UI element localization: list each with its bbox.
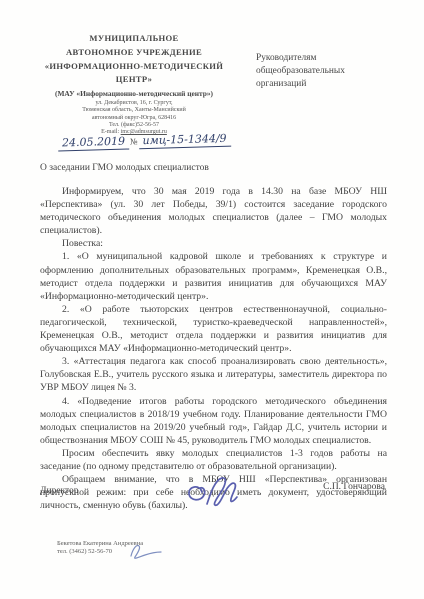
paragraph-agenda-heading: Повестка: [40, 237, 387, 250]
handwritten-initials-icon [125, 542, 165, 565]
org-address-block: ул. Декабристов, 16, г. Сургут, Тюменска… [26, 100, 242, 136]
signer-position: Директор [40, 486, 79, 496]
executor-block: Бекетова Екатерина Андреевна тел. (3462)… [57, 540, 237, 556]
agenda-item-2: 2. «О работе тьюторских центров естестве… [40, 303, 387, 355]
org-name-line: «ИНФОРМАЦИОННО-МЕТОДИЧЕСКИЙ [26, 60, 242, 74]
signer-name: С.П. Гончарова [323, 482, 385, 492]
org-name-line: АВТОНОМНОЕ УЧРЕЖДЕНИЕ [26, 46, 242, 60]
agenda-item-1: 1. «О муниципальной кадровой школе и тре… [40, 250, 387, 302]
signature-row: Директор С.П. Гончарова [40, 480, 387, 520]
recipient-block: Руководителям общеобразовательных органи… [256, 52, 386, 90]
letter-subject: О заседании ГМО молодых специалистов [40, 163, 380, 173]
recipient-line: Руководителям [256, 52, 386, 65]
org-abbreviation: (МАУ «Информационно-методический центр») [26, 89, 242, 98]
recipient-line: организаций [256, 78, 386, 91]
letter-body: Информируем, что 30 мая 2019 года в 14.3… [40, 185, 387, 512]
handwritten-outgoing-number: имц-15-1344/9 [138, 132, 230, 150]
recipient-line: общеобразовательных [256, 65, 386, 78]
org-address-line: автономный округ-Югра, 628416 [26, 115, 242, 122]
org-phone: Тел. (факс)52-56-57 [26, 122, 242, 129]
agenda-item-4: 4. «Подведение итогов работы городского … [40, 395, 387, 447]
letterhead-org-block: МУНИЦИПАЛЬНОЕ АВТОНОМНОЕ УЧРЕЖДЕНИЕ «ИНФ… [26, 32, 242, 136]
handwritten-signature-icon [180, 470, 270, 521]
number-sign: № [129, 137, 139, 146]
org-name-line: МУНИЦИПАЛЬНОЕ [26, 32, 242, 46]
scanned-letter-page: МУНИЦИПАЛЬНОЕ АВТОНОМНОЕ УЧРЕЖДЕНИЕ «ИНФ… [0, 0, 424, 599]
paragraph-intro: Информируем, что 30 мая 2019 года в 14.3… [40, 185, 387, 237]
handwritten-date: 24.05.2019 [58, 135, 129, 152]
org-address-line: Тюменская область, Ханты-Мансийский [26, 107, 242, 114]
agenda-item-3: 3. «Аттестация педагога как способ проан… [40, 355, 387, 394]
org-name-line: ЦЕНТР» [26, 73, 242, 87]
